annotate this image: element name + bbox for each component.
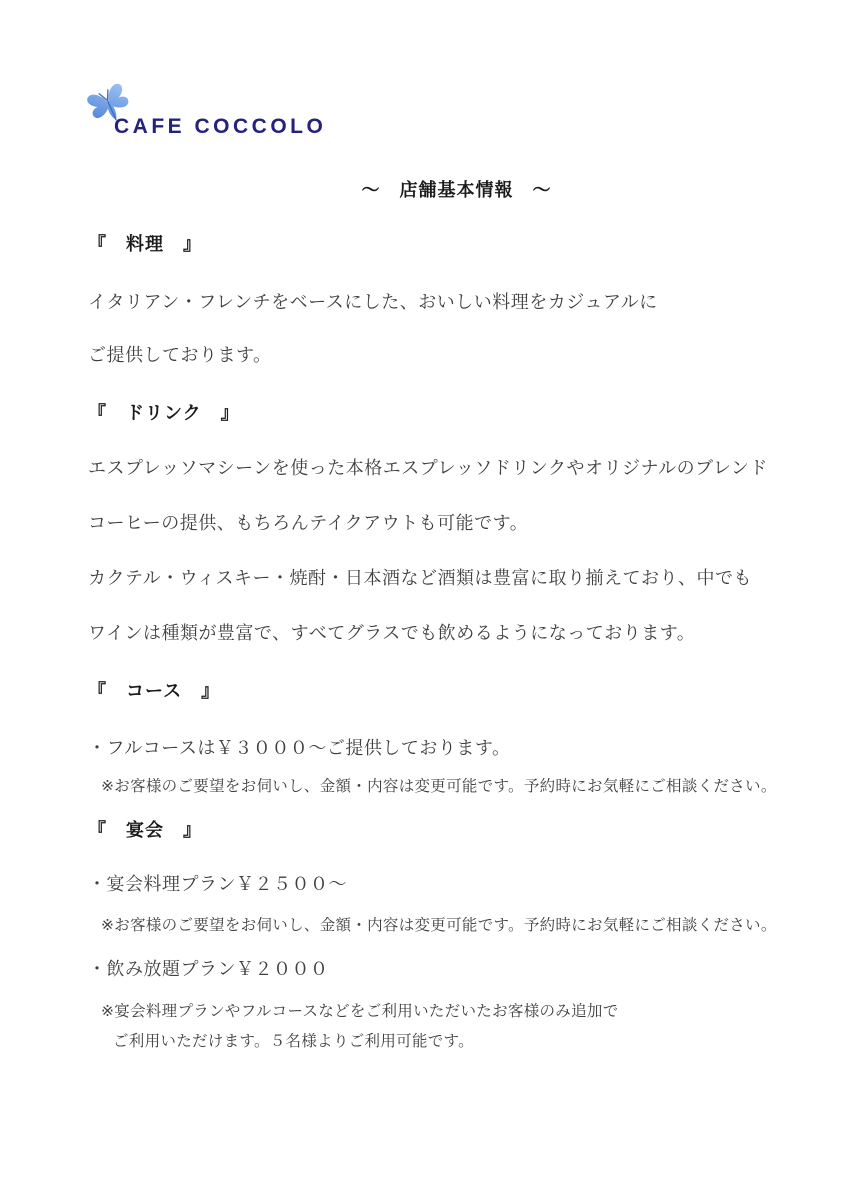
- document-page: CAFE COCCOLO ～ 店舗基本情報 ～ 『 料理 』 イタリアン・フレン…: [0, 0, 848, 1200]
- course-note: ※お客様のご要望をお伺いし、金額・内容は変更可能です。予約時にお気軽にご相談くだ…: [101, 774, 777, 796]
- drink-paragraph-line: コーヒーの提供、もちろんテイクアウトも可能です。: [88, 509, 528, 535]
- course-bullet-item: ・フルコースは￥３０００～ご提供しております。: [88, 734, 510, 760]
- party-bullet-item: ・飲み放題プラン￥２０００: [88, 955, 329, 981]
- cuisine-paragraph-line: イタリアン・フレンチをベースにした、おいしい料理をカジュアルに: [88, 288, 658, 314]
- cuisine-paragraph-line: ご提供しております。: [88, 341, 272, 367]
- section-heading-cuisine: 『 料理 』: [88, 230, 202, 256]
- party-bullet-item: ・宴会料理プラン￥２５００～: [88, 870, 347, 896]
- drink-paragraph-line: カクテル・ウィスキー・焼酎・日本酒など酒類は豊富に取り揃えており、中でも: [88, 564, 752, 590]
- drink-paragraph-line: ワインは種類が豊富で、すべてグラスでも飲めるようになっております。: [88, 619, 695, 645]
- drink-paragraph-line: エスプレッソマシーンを使った本格エスプレッソドリンクやオリジナルのブレンド: [88, 454, 768, 480]
- party-note: ※お客様のご要望をお伺いし、金額・内容は変更可能です。予約時にお気軽にご相談くだ…: [101, 913, 777, 935]
- party-note-line: ※宴会料理プランやフルコースなどをご利用いただいたお客様のみ追加で: [101, 999, 619, 1021]
- section-heading-party: 『 宴会 』: [88, 816, 202, 842]
- party-note-line: ご利用いただけます。５名様よりご利用可能です。: [113, 1029, 474, 1051]
- section-heading-course: 『 コース 』: [88, 677, 220, 703]
- brand-text: CAFE COCCOLO: [114, 115, 326, 139]
- section-heading-drink: 『 ドリンク 』: [88, 399, 240, 425]
- page-title: ～ 店舗基本情報 ～: [0, 176, 848, 202]
